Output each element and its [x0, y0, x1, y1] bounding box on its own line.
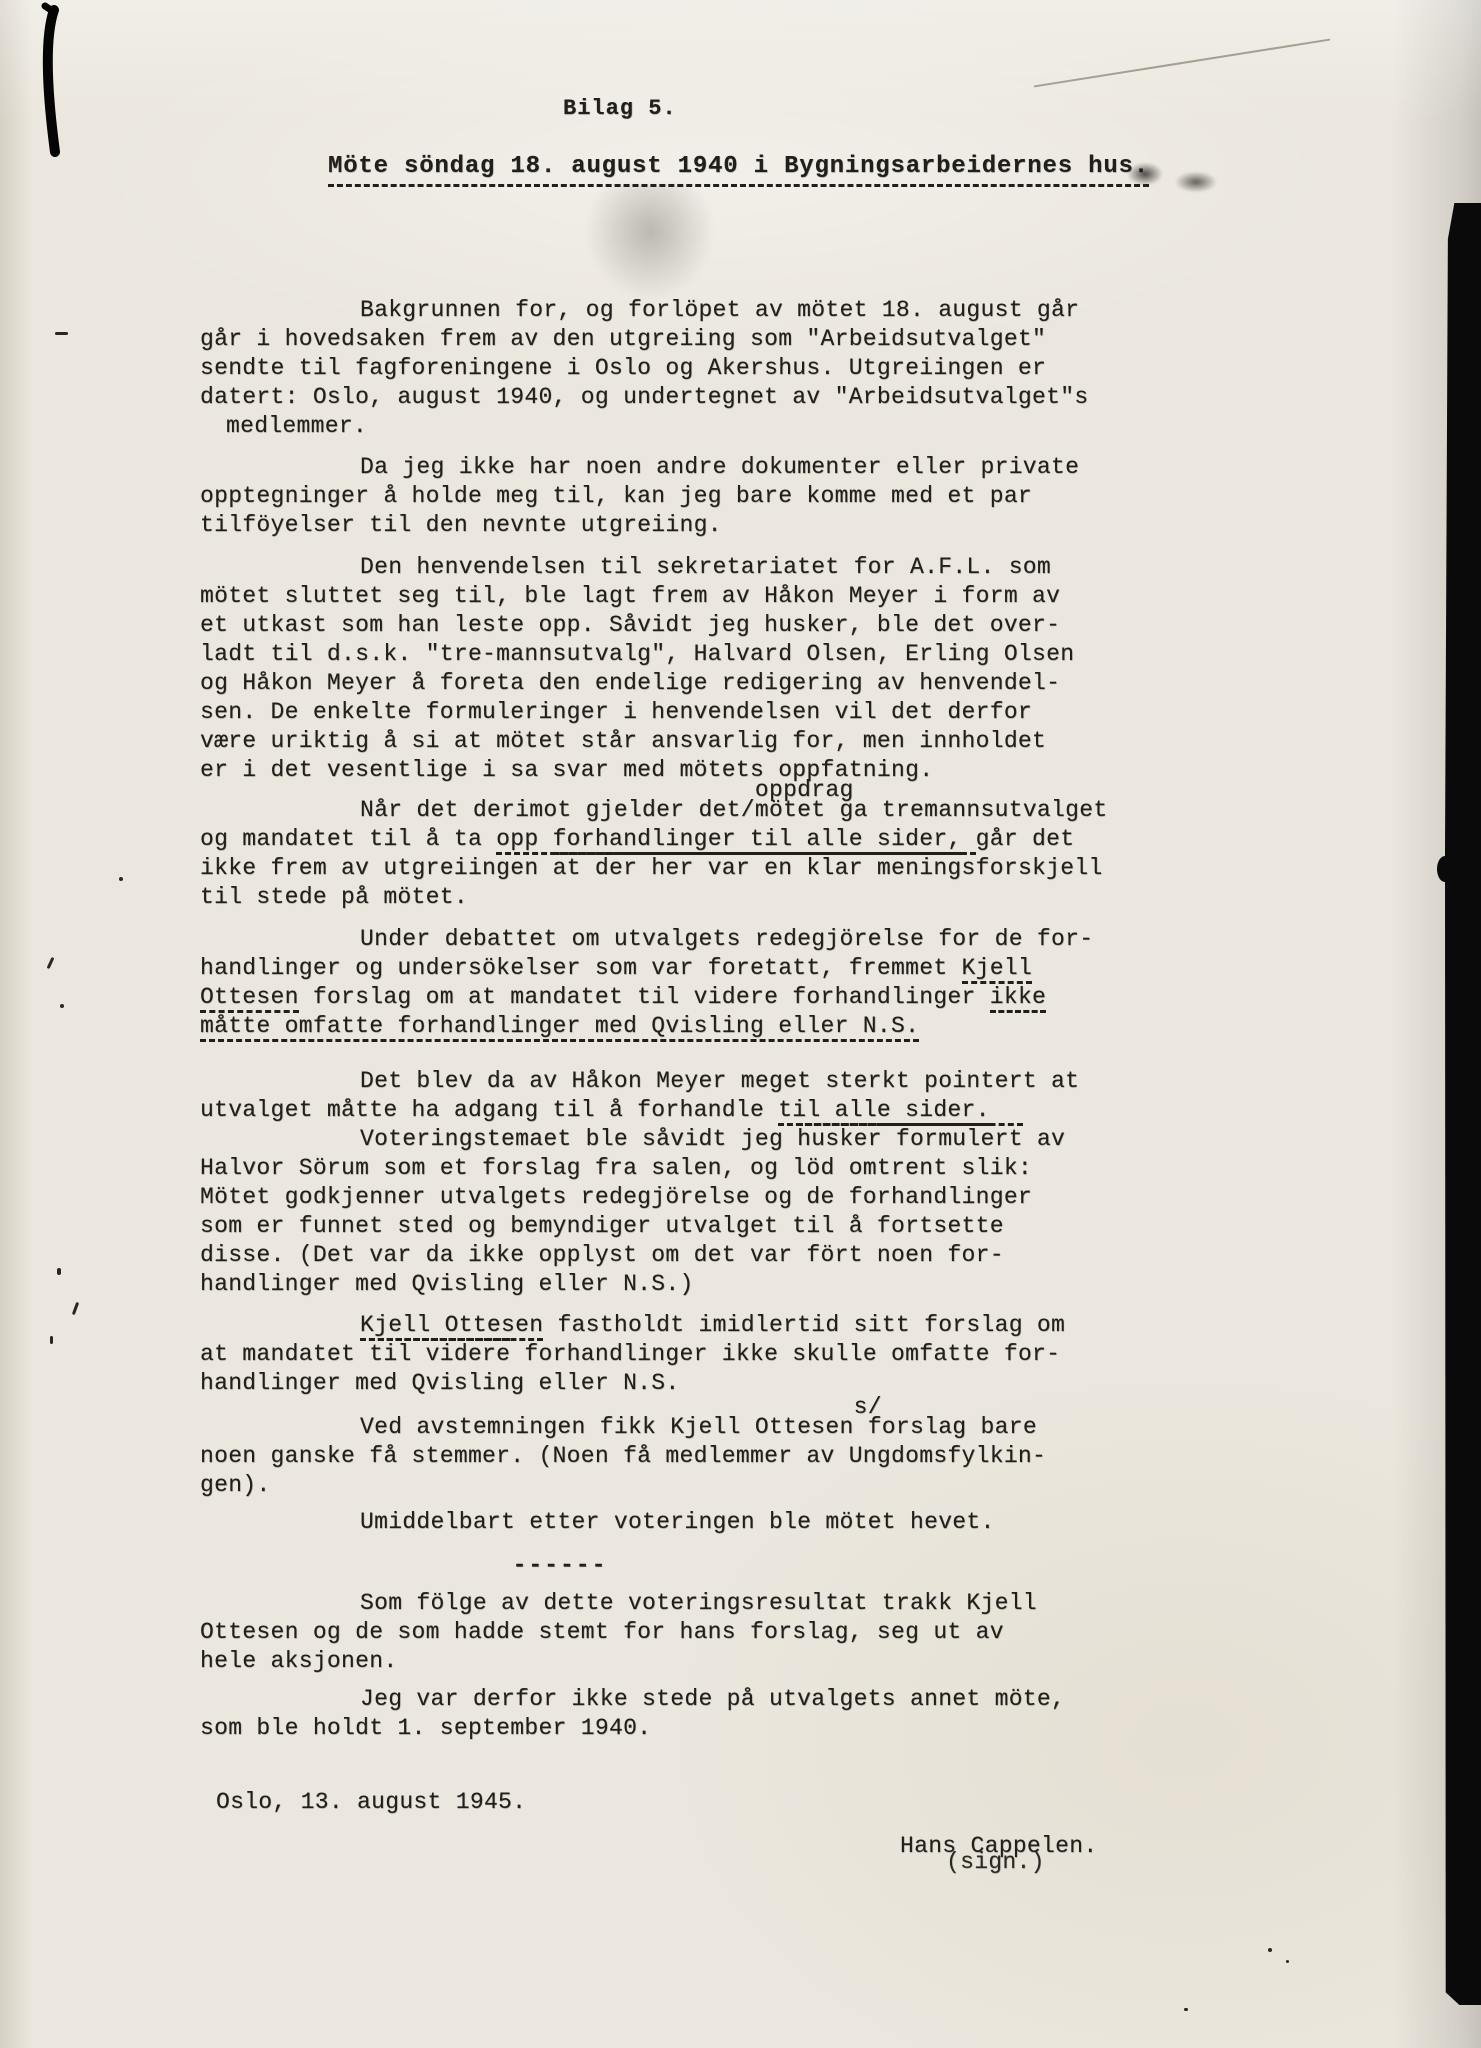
paragraph: Voteringstemaet ble såvidt jeg husker fo…	[200, 1125, 1160, 1299]
text-line: Som fölge av dette voteringsresultat tra…	[200, 1589, 1160, 1618]
ink-speck	[47, 957, 55, 969]
document-body: Bakgrunnen for, og forlöpet av mötet 18.…	[200, 296, 1160, 1859]
text-line: ladt til d.s.k. "tre-mannsutvalg", Halva…	[200, 640, 1160, 669]
text-line: Mötet godkjenner utvalgets redegjörelse …	[200, 1183, 1160, 1212]
text-line: disse. (Det var da ikke opplyst om det v…	[200, 1241, 1160, 1270]
paragraph: Som fölge av dette voteringsresultat tra…	[200, 1589, 1160, 1676]
text-line: at mandatet til videre forhandlinger ikk…	[200, 1340, 1160, 1369]
text-line: Umiddelbart etter voteringen ble mötet h…	[200, 1508, 1160, 1537]
text-line: Den henvendelsen til sekretariatet for A…	[200, 553, 1160, 582]
text-line: går i hovedsaken frem av den utgreiing s…	[200, 325, 1160, 354]
text-line: tilföyelser til den nevnte utgreiing.	[200, 511, 1160, 540]
text-line: Det blev da av Håkon Meyer meget sterkt …	[200, 1067, 1160, 1096]
ink-smudge	[1176, 172, 1216, 192]
text-line: Under debattet om utvalgets redegjörelse…	[200, 925, 1160, 954]
text-line: er i det vesentlige i sa svar med mötets…	[200, 756, 1160, 785]
text-line: Bakgrunnen for, og forlöpet av mötet 18.…	[200, 296, 1160, 325]
text-line: Ved avstemningen fikk Kjell Ottesens/ fo…	[200, 1413, 1160, 1442]
signature-block: Hans Cappelen. (sign.)	[900, 1833, 1160, 1859]
scan-edge-blob	[1437, 856, 1453, 882]
text-line: Ottesen og de som hadde stemt for hans f…	[200, 1618, 1160, 1647]
text-line: mötet sluttet seg til, ble lagt frem av …	[200, 582, 1160, 611]
paragraph: Det blev da av Håkon Meyer meget sterkt …	[200, 1067, 1160, 1125]
ink-smudge	[585, 185, 715, 300]
text-line: et utkast som han leste opp. Såvidt jeg …	[200, 611, 1160, 640]
ink-speck	[57, 1268, 61, 1275]
paragraph: Umiddelbart etter voteringen ble mötet h…	[200, 1508, 1160, 1537]
text-line: Når det derimot gjelder det/oppdragmötet…	[200, 796, 1160, 825]
signature-note: (sign.)	[946, 1849, 1045, 1875]
paragraph: Ved avstemningen fikk Kjell Ottesens/ fo…	[200, 1413, 1160, 1500]
text-line: handlinger og undersökelser som var fore…	[200, 954, 1160, 983]
ink-speck	[1268, 1948, 1272, 1952]
paragraph: Under debattet om utvalgets redegjörelse…	[200, 925, 1160, 1041]
text-line: til stede på mötet.	[200, 883, 1160, 912]
text-line: være uriktig å si at mötet står ansvarli…	[200, 727, 1160, 756]
text-line: sendte til fagforeningene i Oslo og Aker…	[200, 354, 1160, 383]
text-line: Jeg var derfor ikke stede på utvalgets a…	[200, 1685, 1160, 1714]
text-line: som ble holdt 1. september 1940.	[200, 1714, 1160, 1743]
text-line: og Håkon Meyer å foreta den endelige red…	[200, 669, 1160, 698]
paragraph: Når det derimot gjelder det/oppdragmötet…	[200, 796, 1160, 912]
text-line: datert: Oslo, august 1940, og undertegne…	[200, 383, 1160, 412]
text-line: Halvor Sörum som et forslag fra salen, o…	[200, 1154, 1160, 1183]
text-line: noen ganske få stemmer. (Noen få medlemm…	[200, 1442, 1160, 1471]
text-line: og mandatet til å ta opp forhandlinger t…	[200, 825, 1160, 854]
ink-speck	[1184, 2008, 1188, 2011]
section-divider: ------	[200, 1551, 920, 1580]
ink-speck	[119, 877, 123, 881]
paragraph: Kjell Ottesen fastholdt imidlertid sitt …	[200, 1311, 1160, 1398]
ink-speck	[72, 1302, 79, 1315]
ink-speck	[55, 332, 68, 335]
date-line: Oslo, 13. august 1945.	[216, 1788, 1160, 1817]
paragraph: Bakgrunnen for, og forlöpet av mötet 18.…	[200, 296, 1160, 441]
scan-scratch	[1034, 39, 1331, 88]
text-line: Voteringstemaet ble såvidt jeg husker fo…	[200, 1125, 1160, 1154]
paragraph: Jeg var derfor ikke stede på utvalgets a…	[200, 1685, 1160, 1743]
text-line: som er funnet sted og bemyndiger utvalge…	[200, 1212, 1160, 1241]
document-title: Möte söndag 18. august 1940 i Bygningsar…	[328, 153, 1149, 187]
text-line: sen. De enkelte formuleringer i henvende…	[200, 698, 1160, 727]
paragraph: Den henvendelsen til sekretariatet for A…	[200, 553, 1160, 785]
text-line: gen).	[200, 1471, 1160, 1500]
text-line: handlinger med Qvisling eller N.S.	[200, 1369, 1160, 1398]
text-line: opptegninger å holde meg til, kan jeg ba…	[200, 482, 1160, 511]
attachment-number: Bilag 5.	[563, 96, 677, 121]
text-line: medlemmer.	[200, 412, 1160, 441]
ink-speck	[50, 1336, 53, 1344]
ink-speck	[1286, 1960, 1289, 1963]
paragraph: Da jeg ikke har noen andre dokumenter el…	[200, 453, 1160, 540]
pen-mark	[18, 2, 78, 162]
text-line: måtte omfatte forhandlinger med Qvisling…	[200, 1012, 1160, 1041]
ink-speck	[60, 1004, 64, 1008]
text-line: utvalget måtte ha adgang til å forhandle…	[200, 1096, 1160, 1125]
text-line: Ottesen forslag om at mandatet til vider…	[200, 983, 1160, 1012]
text-line: Da jeg ikke har noen andre dokumenter el…	[200, 453, 1160, 482]
text-line: hele aksjonen.	[200, 1647, 1160, 1676]
text-line: handlinger med Qvisling eller N.S.)	[200, 1270, 1160, 1299]
text-line: Kjell Ottesen fastholdt imidlertid sitt …	[200, 1311, 1160, 1340]
document-page: Bilag 5. Möte söndag 18. august 1940 i B…	[0, 0, 1481, 2048]
scan-edge-band	[1445, 203, 1481, 2005]
text-line: ikke frem av utgreiingen at der her var …	[200, 854, 1160, 883]
